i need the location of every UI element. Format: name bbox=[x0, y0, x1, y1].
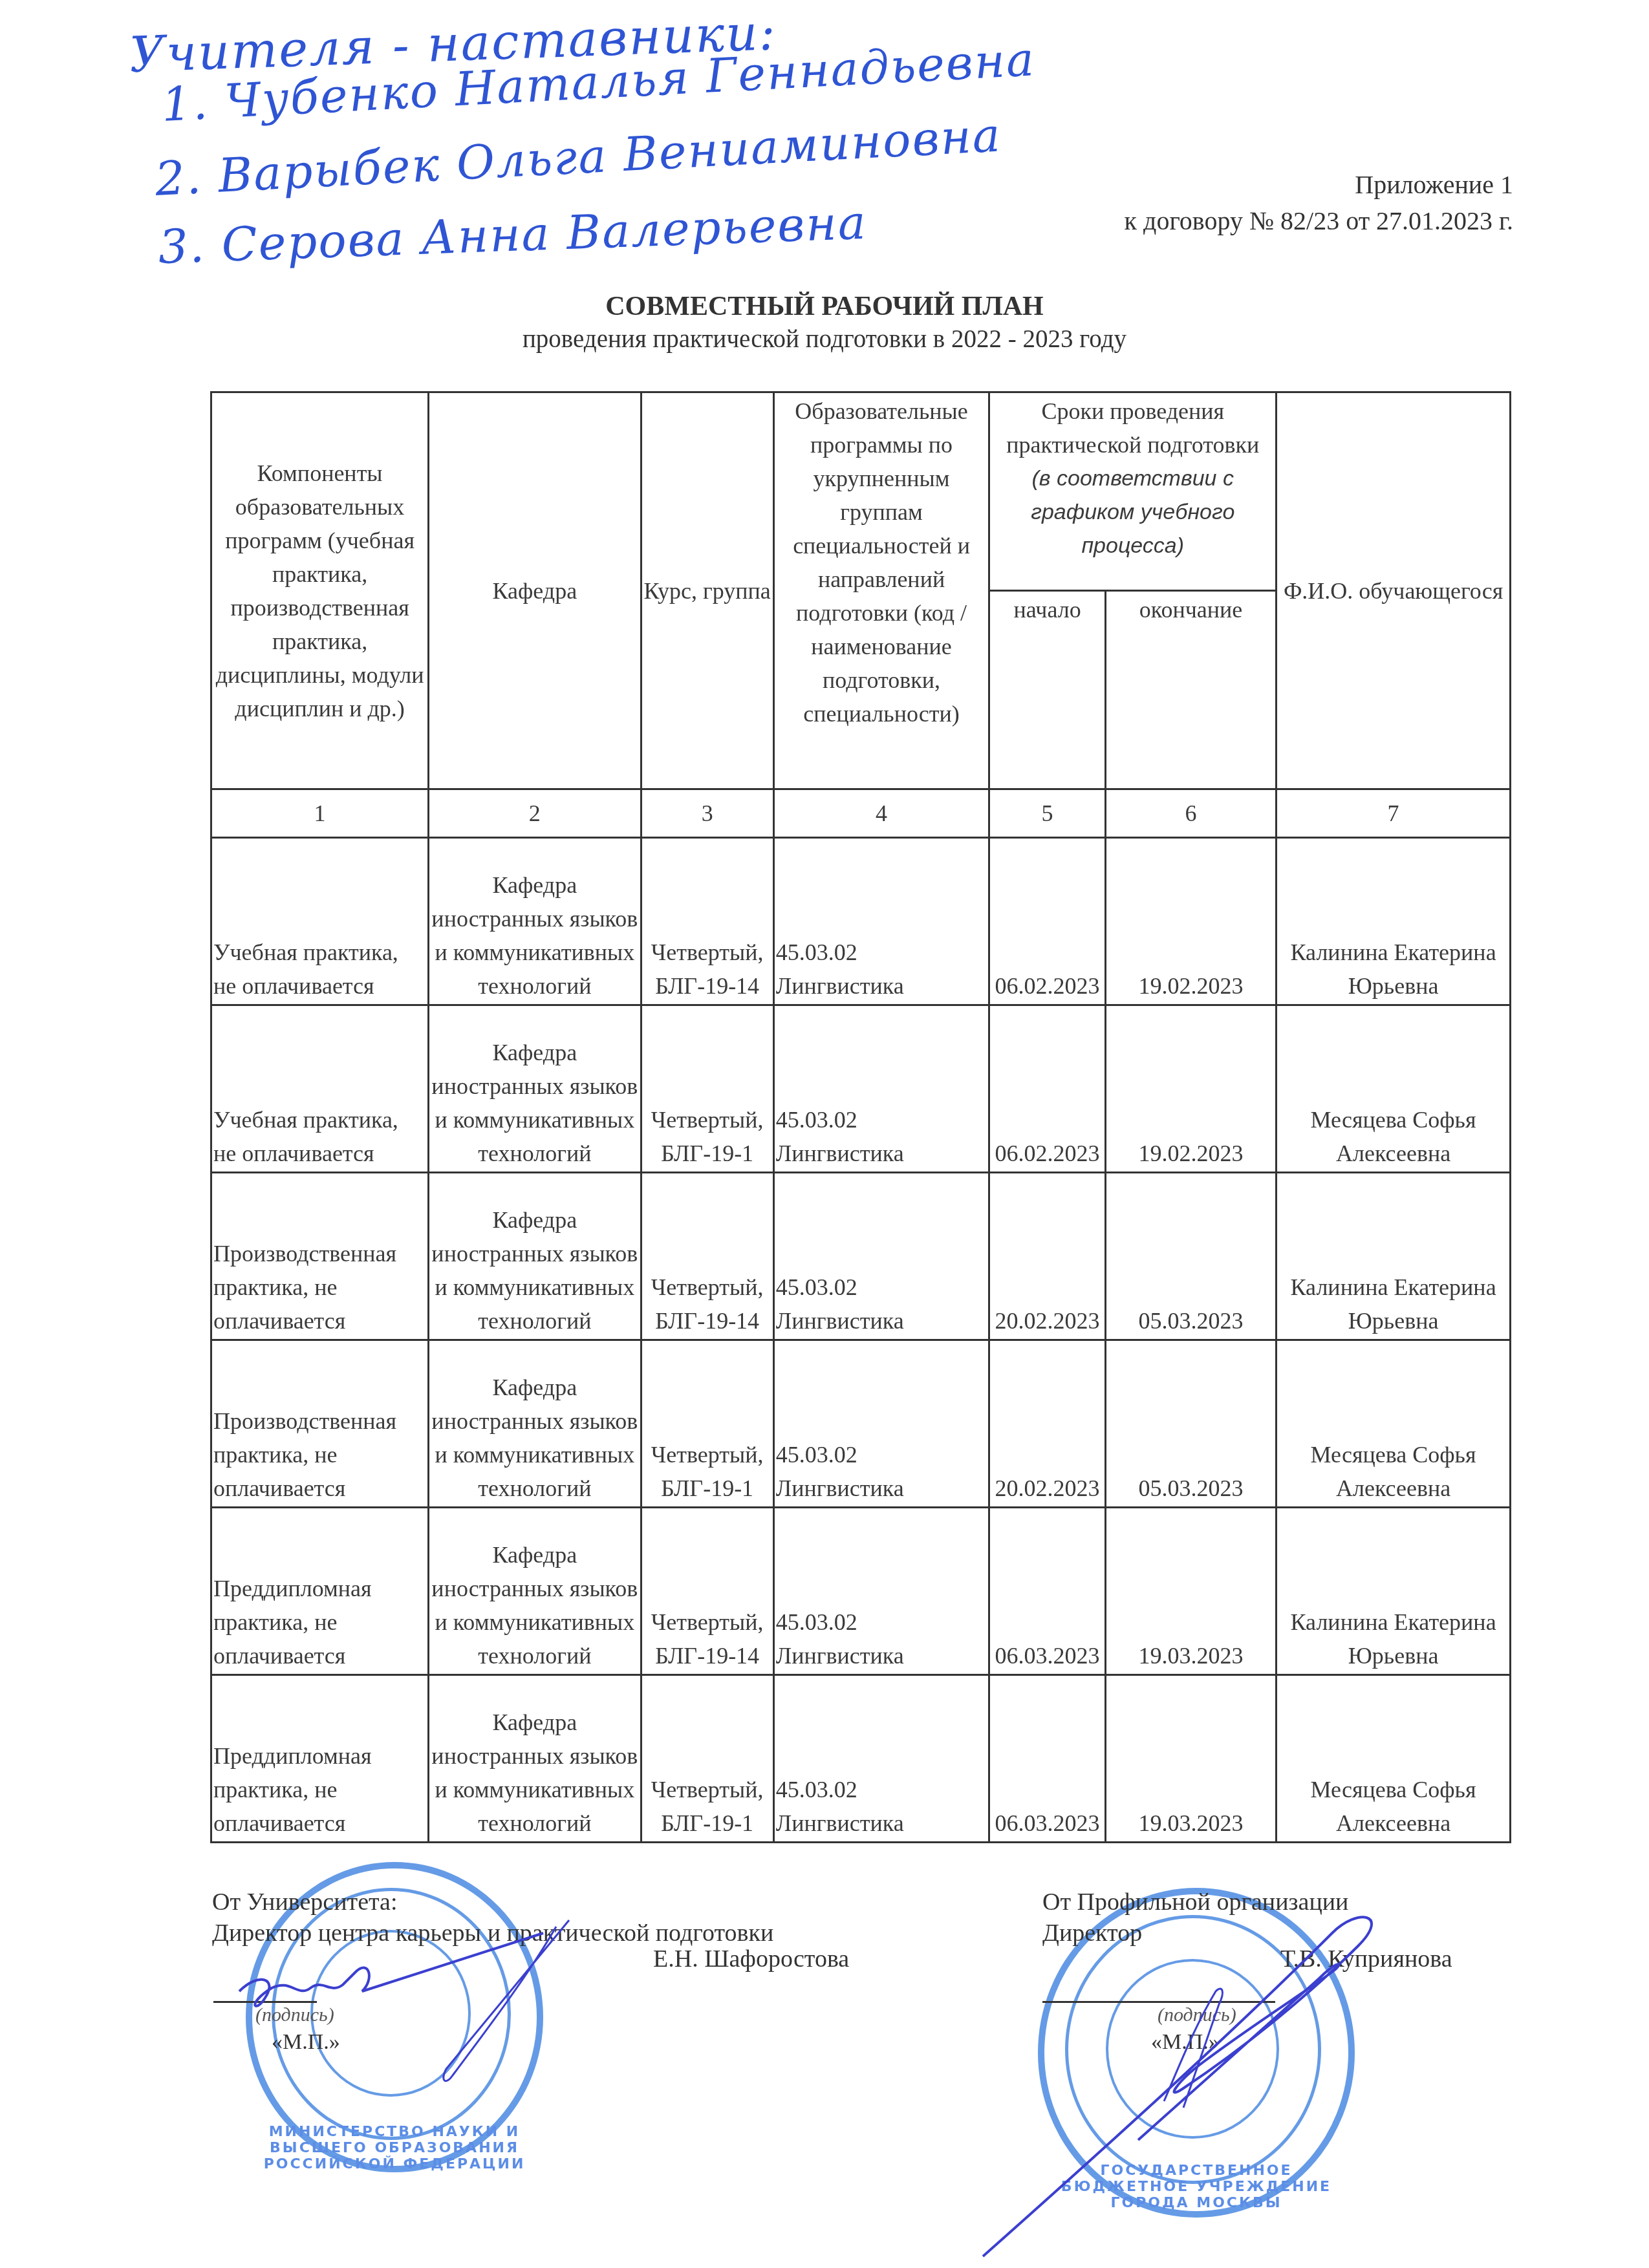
document-title: СОВМЕСТНЫЙ РАБОЧИЙ ПЛАН bbox=[0, 291, 1649, 322]
cell-component: Производственная практика, не оплачивает… bbox=[211, 1340, 429, 1508]
column-number: 1 bbox=[211, 789, 429, 838]
cell-start-date: 06.02.2023 bbox=[989, 838, 1106, 1005]
university-signatory-name: Е.Н. Шафоростова bbox=[653, 1945, 849, 1973]
column-number: 2 bbox=[429, 789, 641, 838]
header-department: Кафедра bbox=[429, 392, 641, 789]
cell-department: Кафедра иностранных языков и коммуникати… bbox=[429, 1340, 641, 1508]
header-course-group: Курс, группа bbox=[641, 392, 773, 789]
cell-program: 45.03.02 Лингвистика bbox=[773, 1675, 989, 1843]
cell-start-date: 06.03.2023 bbox=[989, 1508, 1106, 1675]
cell-end-date: 19.03.2023 bbox=[1105, 1508, 1276, 1675]
cell-program: 45.03.02 Лингвистика bbox=[773, 838, 989, 1005]
contract-reference: к договору № 82/23 от 27.01.2023 г. bbox=[1125, 203, 1513, 239]
university-label: От Университета: bbox=[212, 1887, 956, 1918]
university-stamp-text: МИНИСТЕРСТВО НАУКИ И ВЫСШЕГО ОБРАЗОВАНИЯ… bbox=[252, 2124, 537, 2172]
cell-department: Кафедра иностранных языков и коммуникати… bbox=[429, 1675, 641, 1843]
document-title-block: СОВМЕСТНЫЙ РАБОЧИЙ ПЛАН проведения практ… bbox=[0, 291, 1649, 354]
cell-program: 45.03.02 Лингвистика bbox=[773, 1005, 989, 1173]
table-row: Преддипломная практика, не оплачивается … bbox=[211, 1675, 1511, 1843]
cell-end-date: 19.03.2023 bbox=[1105, 1675, 1276, 1843]
header-programs: Образовательные программы по укрупненным… bbox=[773, 392, 989, 789]
cell-component: Преддипломная практика, не оплачивается bbox=[211, 1675, 429, 1843]
column-number: 6 bbox=[1105, 789, 1276, 838]
cell-department: Кафедра иностранных языков и коммуникати… bbox=[429, 1005, 641, 1173]
cell-end-date: 05.03.2023 bbox=[1105, 1340, 1276, 1508]
header-terms-note: (в соответствии с графиком учебного проц… bbox=[991, 462, 1274, 562]
cell-student: Калинина Екатерина Юрьевна bbox=[1277, 838, 1511, 1005]
header-student: Ф.И.О. обучающегося bbox=[1277, 392, 1511, 789]
cell-course-group: Четвертый, БЛГ-19-14 bbox=[641, 838, 773, 1005]
appendix-number: Приложение 1 bbox=[1125, 167, 1513, 203]
column-number: 4 bbox=[773, 789, 989, 838]
document-subtitle: проведения практической подготовки в 202… bbox=[0, 325, 1649, 354]
cell-start-date: 20.02.2023 bbox=[989, 1340, 1106, 1508]
cell-course-group: Четвертый, БЛГ-19-14 bbox=[641, 1173, 773, 1340]
header-terms-label: Сроки проведения практической подготовки bbox=[991, 394, 1274, 462]
cell-course-group: Четвертый, БЛГ-19-1 bbox=[641, 1675, 773, 1843]
table-row: Преддипломная практика, не оплачивается … bbox=[211, 1508, 1511, 1675]
cell-course-group: Четвертый, БЛГ-19-14 bbox=[641, 1508, 773, 1675]
appendix-reference: Приложение 1 к договору № 82/23 от 27.01… bbox=[1125, 167, 1513, 239]
cell-component: Учебная практика, не оплачивается bbox=[211, 1005, 429, 1173]
cell-department: Кафедра иностранных языков и коммуникати… bbox=[429, 838, 641, 1005]
header-terms: Сроки проведения практической подготовки… bbox=[989, 392, 1277, 591]
work-plan-table: Компоненты образовательных программ (уче… bbox=[210, 391, 1511, 1843]
column-number: 5 bbox=[989, 789, 1106, 838]
column-number: 3 bbox=[641, 789, 773, 838]
cell-student: Калинина Екатерина Юрьевна bbox=[1277, 1173, 1511, 1340]
cell-start-date: 06.02.2023 bbox=[989, 1005, 1106, 1173]
cell-component: Производственная практика, не оплачивает… bbox=[211, 1173, 429, 1340]
cell-end-date: 19.02.2023 bbox=[1105, 1005, 1276, 1173]
cell-component: Учебная практика, не оплачивается bbox=[211, 838, 429, 1005]
cell-component: Преддипломная практика, не оплачивается bbox=[211, 1508, 429, 1675]
cell-department: Кафедра иностранных языков и коммуникати… bbox=[429, 1173, 641, 1340]
handwritten-mentor-3: 3. Серова Анна Валерьевна bbox=[158, 195, 868, 274]
cell-start-date: 20.02.2023 bbox=[989, 1173, 1106, 1340]
column-number: 7 bbox=[1277, 789, 1511, 838]
cell-program: 45.03.02 Лингвистика bbox=[773, 1173, 989, 1340]
cell-student: Калинина Екатерина Юрьевна bbox=[1277, 1508, 1511, 1675]
cell-program: 45.03.02 Лингвистика bbox=[773, 1508, 989, 1675]
cell-department: Кафедра иностранных языков и коммуникати… bbox=[429, 1508, 641, 1675]
cell-end-date: 05.03.2023 bbox=[1105, 1173, 1276, 1340]
table-row: Учебная практика, не оплачивается Кафедр… bbox=[211, 838, 1511, 1005]
cell-start-date: 06.03.2023 bbox=[989, 1675, 1106, 1843]
cell-student: Месяцева Софья Алексеевна bbox=[1277, 1675, 1511, 1843]
university-signature-icon bbox=[220, 1914, 582, 2095]
cell-program: 45.03.02 Лингвистика bbox=[773, 1340, 989, 1508]
cell-student: Месяцева Софья Алексеевна bbox=[1277, 1005, 1511, 1173]
table-row: Производственная практика, не оплачивает… bbox=[211, 1173, 1511, 1340]
column-numbers-row: 1 2 3 4 5 6 7 bbox=[211, 789, 1511, 838]
header-start: начало bbox=[989, 591, 1106, 789]
cell-end-date: 19.02.2023 bbox=[1105, 838, 1276, 1005]
table-row: Производственная практика, не оплачивает… bbox=[211, 1340, 1511, 1508]
header-components: Компоненты образовательных программ (уче… bbox=[211, 392, 429, 789]
cell-course-group: Четвертый, БЛГ-19-1 bbox=[641, 1005, 773, 1173]
cell-student: Месяцева Софья Алексеевна bbox=[1277, 1340, 1511, 1508]
table-row: Учебная практика, не оплачивается Кафедр… bbox=[211, 1005, 1511, 1173]
cell-course-group: Четвертый, БЛГ-19-1 bbox=[641, 1340, 773, 1508]
organization-signature-icon bbox=[970, 1894, 1487, 2268]
header-end: окончание bbox=[1105, 591, 1276, 789]
